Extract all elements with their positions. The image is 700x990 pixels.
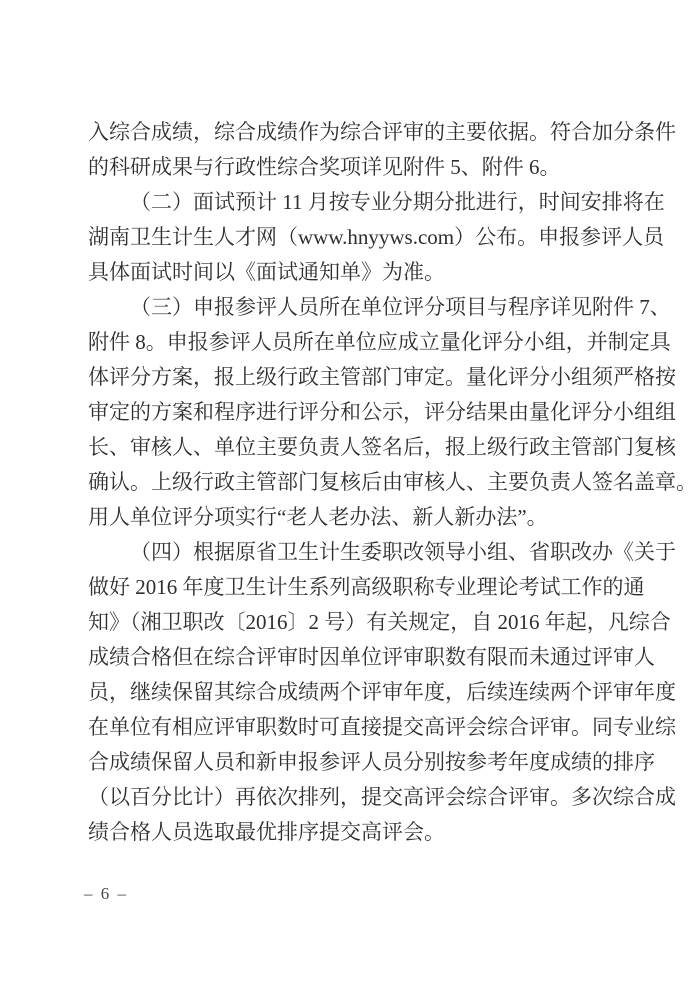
text-line: 合成绩保留人员和新申报参评人员分别按参考年度成绩的排序 bbox=[88, 745, 618, 780]
text-line: 员，继续保留其综合成绩两个评审年度，后续连续两个评审年度 bbox=[88, 675, 618, 710]
text-line: （二）面试预计 11 月按专业分期分批进行，时间安排将在 bbox=[88, 185, 618, 220]
text-line: 用人单位评分项实行“老人老办法、新人新办法”。 bbox=[88, 500, 618, 535]
text-line: 具体面试时间以《面试通知单》为准。 bbox=[88, 255, 618, 290]
text-line: （三）申报参评人员所在单位评分项目与程序详见附件 7、 bbox=[88, 290, 618, 325]
text-line: 做好 2016 年度卫生计生系列高级职称专业理论考试工作的通 bbox=[88, 570, 618, 605]
text-line: 知》（湘卫职改〔2016〕2 号）有关规定，自 2016 年起，凡综合 bbox=[88, 605, 618, 640]
text-line: 在单位有相应评审职数时可直接提交高评会综合评审。同专业综 bbox=[88, 710, 618, 745]
document-text-block: 入综合成绩，综合成绩作为综合评审的主要依据。符合加分条件 的科研成果与行政性综合… bbox=[88, 115, 618, 850]
text-line: 长、审核人、单位主要负责人签名后，报上级行政主管部门复核 bbox=[88, 430, 618, 465]
text-line: 绩合格人员选取最优排序提交高评会。 bbox=[88, 815, 618, 850]
document-page: 入综合成绩，综合成绩作为综合评审的主要依据。符合加分条件 的科研成果与行政性综合… bbox=[0, 0, 700, 990]
text-line: 体评分方案，报上级行政主管部门审定。量化评分小组须严格按 bbox=[88, 360, 618, 395]
text-line: （以百分比计）再依次排列，提交高评会综合评审。多次综合成 bbox=[88, 780, 618, 815]
text-line: 湖南卫生计生人才网（www.hnyyws.com）公布。申报参评人员 bbox=[88, 220, 618, 255]
text-line: （四）根据原省卫生计生委职改领导小组、省职改办《关于 bbox=[88, 535, 618, 570]
text-line: 成绩合格但在综合评审时因单位评审职数有限而未通过评审人 bbox=[88, 640, 618, 675]
text-line: 入综合成绩，综合成绩作为综合评审的主要依据。符合加分条件 bbox=[88, 115, 618, 150]
page-number: – 6 – bbox=[84, 884, 128, 904]
text-line: 确认。上级行政主管部门复核后由审核人、主要负责人签名盖章。 bbox=[88, 465, 618, 500]
text-line: 的科研成果与行政性综合奖项详见附件 5、附件 6。 bbox=[88, 150, 618, 185]
text-line: 审定的方案和程序进行评分和公示，评分结果由量化评分小组组 bbox=[88, 395, 618, 430]
text-line: 附件 8。申报参评人员所在单位应成立量化评分小组，并制定具 bbox=[88, 325, 618, 360]
